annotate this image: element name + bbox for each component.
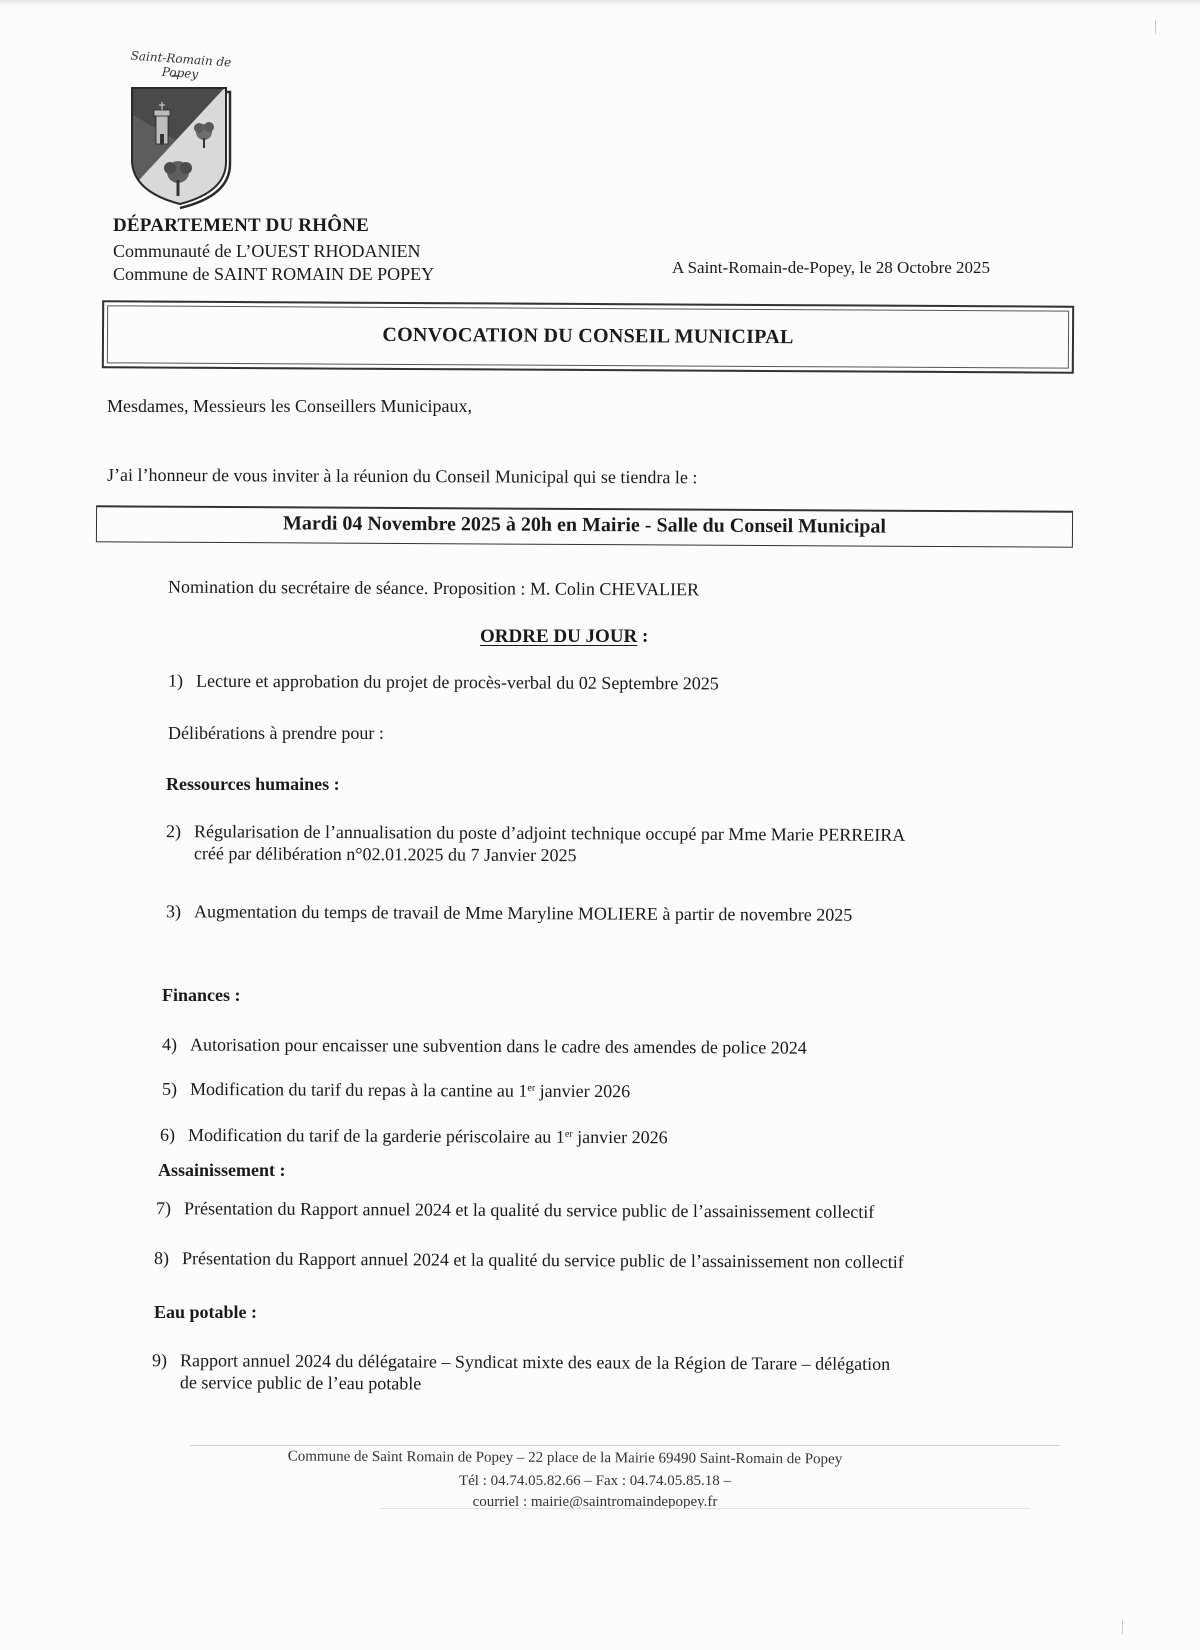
section-heading-eau: Eau potable :	[154, 1302, 257, 1323]
item-text: Rapport annuel 2024 du délégataire – Syn…	[180, 1350, 890, 1374]
community-name: Communauté de L’OUEST RHODANIEN	[113, 241, 420, 262]
agenda-item: 8)Présentation du Rapport annuel 2024 et…	[154, 1248, 904, 1273]
item-text: Régularisation de l’annualisation du pos…	[194, 821, 905, 845]
invitation-text: J’ai l’honneur de vous inviter à la réun…	[107, 465, 697, 489]
item-number: 4)	[162, 1034, 190, 1055]
section-heading-finances: Finances :	[162, 985, 241, 1006]
deliberations-intro: Délibérations à prendre pour :	[168, 723, 384, 744]
document-title: CONVOCATION DU CONSEIL MUNICIPAL	[104, 322, 1072, 350]
section-heading-assainissement: Assainissement :	[158, 1160, 286, 1181]
agenda-item: 7)Présentation du Rapport annuel 2024 et…	[156, 1198, 874, 1223]
coat-of-arms-logo: Saint-Romain de Popey	[118, 52, 243, 212]
agenda-item: 2)Régularisation de l’annualisation du p…	[166, 821, 905, 846]
agenda-item: 1)Lecture et approbation du projet de pr…	[168, 671, 719, 695]
footer-divider-bottom	[380, 1508, 1030, 1509]
footer-address: Commune de Saint Romain de Popey – 22 pl…	[190, 1448, 940, 1469]
meeting-details: Mardi 04 Novembre 2025 à 20h en Mairie -…	[97, 511, 1072, 539]
agenda-item: 6)Modification du tarif de la garderie p…	[160, 1125, 668, 1149]
agenda-item: 5)Modification du tarif du repas à la ca…	[162, 1079, 630, 1102]
item-number: 2)	[166, 821, 194, 842]
agenda-heading-text: ORDRE DU JOUR	[480, 626, 637, 647]
item-text: Augmentation du temps de travail de Mme …	[194, 901, 852, 924]
shield-icon	[118, 52, 243, 212]
item-text-continued: créé par délibération n°02.01.2025 du 7 …	[194, 843, 577, 866]
section-heading-rh: Ressources humaines :	[166, 774, 340, 795]
secretary-nomination: Nomination du secrétaire de séance. Prop…	[168, 577, 699, 601]
scan-mark	[1122, 1620, 1123, 1634]
agenda-item: 9)Rapport annuel 2024 du délégataire – S…	[152, 1350, 890, 1375]
footer-phone-fax: Tél : 04.74.05.82.66 – Fax : 04.74.05.85…	[220, 1473, 970, 1490]
meeting-box: Mardi 04 Novembre 2025 à 20h en Mairie -…	[96, 505, 1073, 547]
item-number: 5)	[162, 1079, 190, 1100]
item-number: 8)	[154, 1248, 182, 1269]
scan-edge	[0, 0, 1200, 6]
scan-mark	[1155, 20, 1156, 34]
item-number: 6)	[160, 1125, 188, 1146]
document-date: A Saint-Romain-de-Popey, le 28 Octobre 2…	[672, 258, 990, 278]
title-box: CONVOCATION DU CONSEIL MUNICIPAL	[102, 300, 1074, 373]
salutation: Mesdames, Messieurs les Conseillers Muni…	[107, 396, 472, 417]
department-name: DÉPARTEMENT DU RHÔNE	[113, 215, 369, 237]
item-text: Autorisation pour encaisser une subventi…	[190, 1034, 807, 1057]
item-number: 7)	[156, 1198, 184, 1219]
item-text: Lecture et approbation du projet de proc…	[196, 671, 719, 694]
item-text: Présentation du Rapport annuel 2024 et l…	[184, 1198, 874, 1222]
commune-name: Commune de SAINT ROMAIN DE POPEY	[113, 264, 434, 285]
item-text-continued: de service public de l’eau potable	[180, 1372, 422, 1394]
agenda-item: 3)Augmentation du temps de travail de Mm…	[166, 901, 852, 926]
document-page: Saint-Romain de Popey	[0, 0, 1200, 1650]
item-text: Présentation du Rapport annuel 2024 et l…	[182, 1248, 904, 1272]
item-number: 9)	[152, 1350, 180, 1371]
agenda-item: 4)Autorisation pour encaisser une subven…	[162, 1034, 807, 1058]
item-number: 1)	[168, 671, 196, 692]
agenda-heading: ORDRE DU JOUR :	[480, 626, 648, 648]
footer-divider	[190, 1445, 1060, 1446]
item-number: 3)	[166, 901, 194, 922]
